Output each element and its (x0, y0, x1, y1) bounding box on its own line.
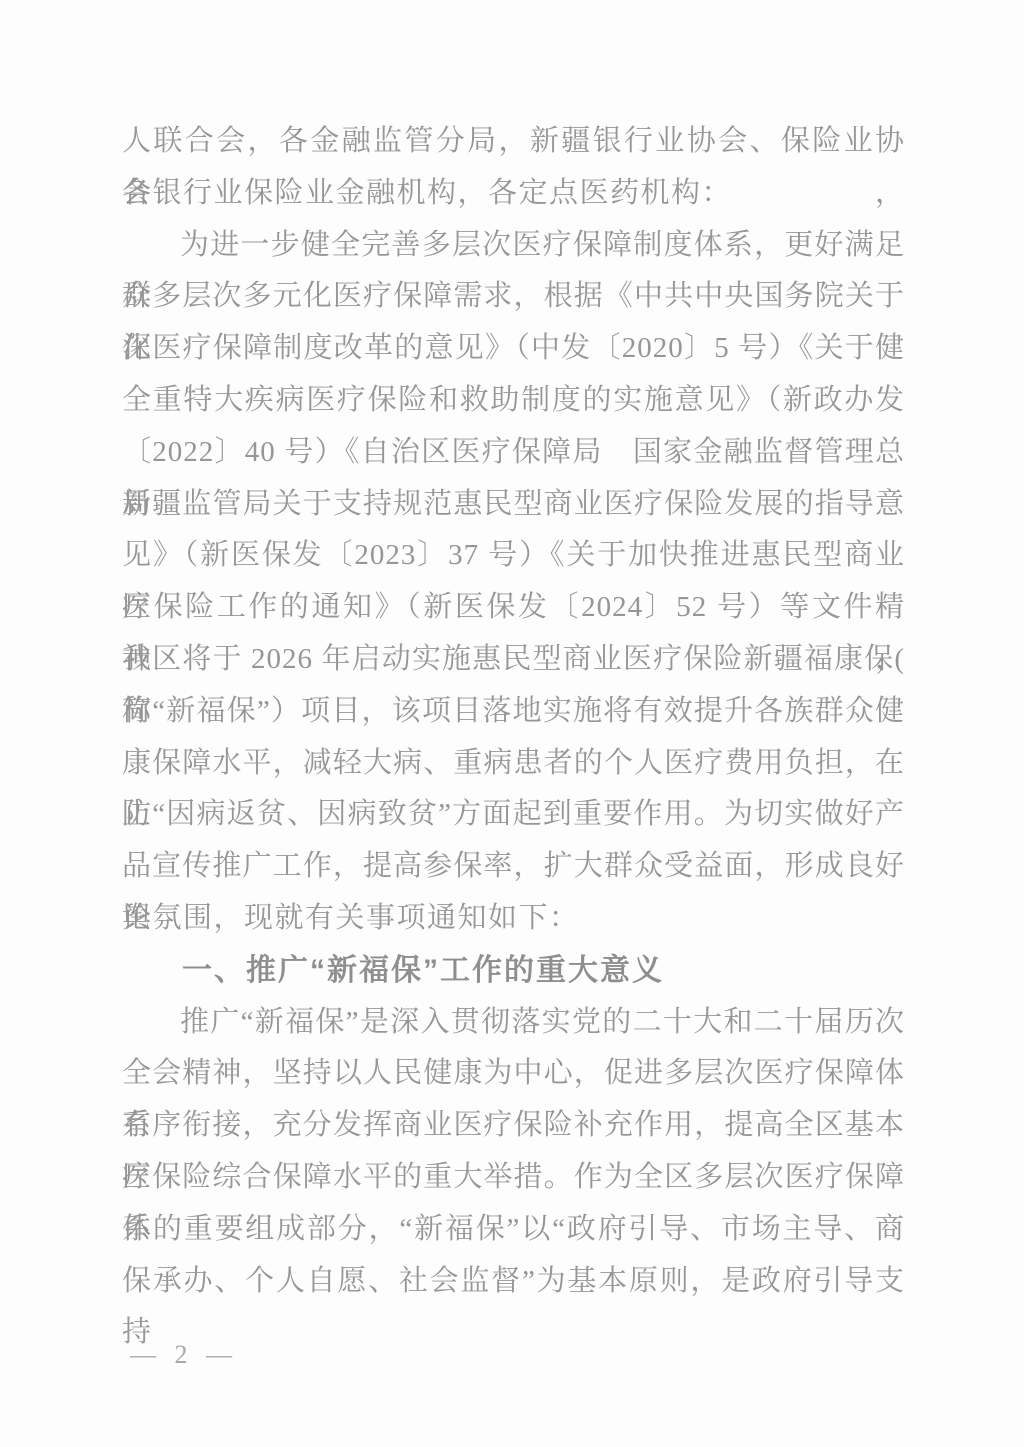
text-line: 康保障水平，减轻大病、重病患者的个人医疗费用负担，在防 (122, 738, 905, 790)
text-line: 全会精神，坚持以人民健康为中心，促进多层次医疗保障体系 (122, 1048, 905, 1100)
text-line: 推广“新福保”是深入贯彻落实党的二十大和二十届历次 (122, 997, 905, 1049)
text-line: 论氛围，现就有关事项通知如下： (122, 893, 905, 945)
text-line: 为进一步健全完善多层次医疗保障制度体系，更好满足群 (122, 220, 905, 272)
text-line: 众多层次多元化医疗保障需求，根据《中共中央国务院关于深 (122, 271, 905, 323)
section-heading: 一、推广“新福保”工作的重大意义 (122, 945, 905, 997)
page-number: — 2 — (130, 1340, 235, 1370)
text-line: 〔2022〕40 号）《自治区医疗保障局 国家金融监督管理总局 (122, 427, 905, 479)
document-page: 人联合会，各金融监管分局，新疆银行业协会、保险业协会， 各银行业保险业金融机构，… (0, 0, 1024, 1447)
text-line: 我区将于 2026 年启动实施惠民型商业医疗保险新疆福康保( 简 (122, 634, 905, 686)
text-line: 人联合会，各金融监管分局，新疆银行业协会、保险业协会， (122, 116, 905, 168)
text-line: 止“因病返贫、因病致贫”方面起到重要作用。为切实做好产 (122, 789, 905, 841)
text-line: 系的重要组成部分，“新福保”以“政府引导、市场主导、商 (122, 1204, 905, 1256)
text-line: 全重特大疾病医疗保险和救助制度的实施意见》（新政办发 (122, 375, 905, 427)
document-body: 人联合会，各金融监管分局，新疆银行业协会、保险业协会， 各银行业保险业金融机构，… (122, 116, 905, 1307)
text-line: 新疆监管局关于支持规范惠民型商业医疗保险发展的指导意 (122, 479, 905, 531)
text-line: 称“新福保”）项目，该项目落地实施将有效提升各族群众健 (122, 686, 905, 738)
text-line: 疗保险综合保障水平的重大举措。作为全区多层次医疗保障体 (122, 1152, 905, 1204)
text-line: 品宣传推广工作，提高参保率，扩大群众受益面，形成良好舆 (122, 841, 905, 893)
text-line: 保承办、个人自愿、社会监督”为基本原则，是政府引导支持 (122, 1256, 905, 1308)
text-line: 见》（新医保发〔2023〕37 号）《关于加快推进惠民型商业医 (122, 530, 905, 582)
text-line: 化医疗保障制度改革的意见》（中发〔2020〕5 号）《关于健 (122, 323, 905, 375)
text-line: 疗保险工作的通知》（新医保发〔2024〕52 号）等文件精神， (122, 582, 905, 634)
text-line: 有序衔接，充分发挥商业医疗保险补充作用，提高全区基本医 (122, 1100, 905, 1152)
